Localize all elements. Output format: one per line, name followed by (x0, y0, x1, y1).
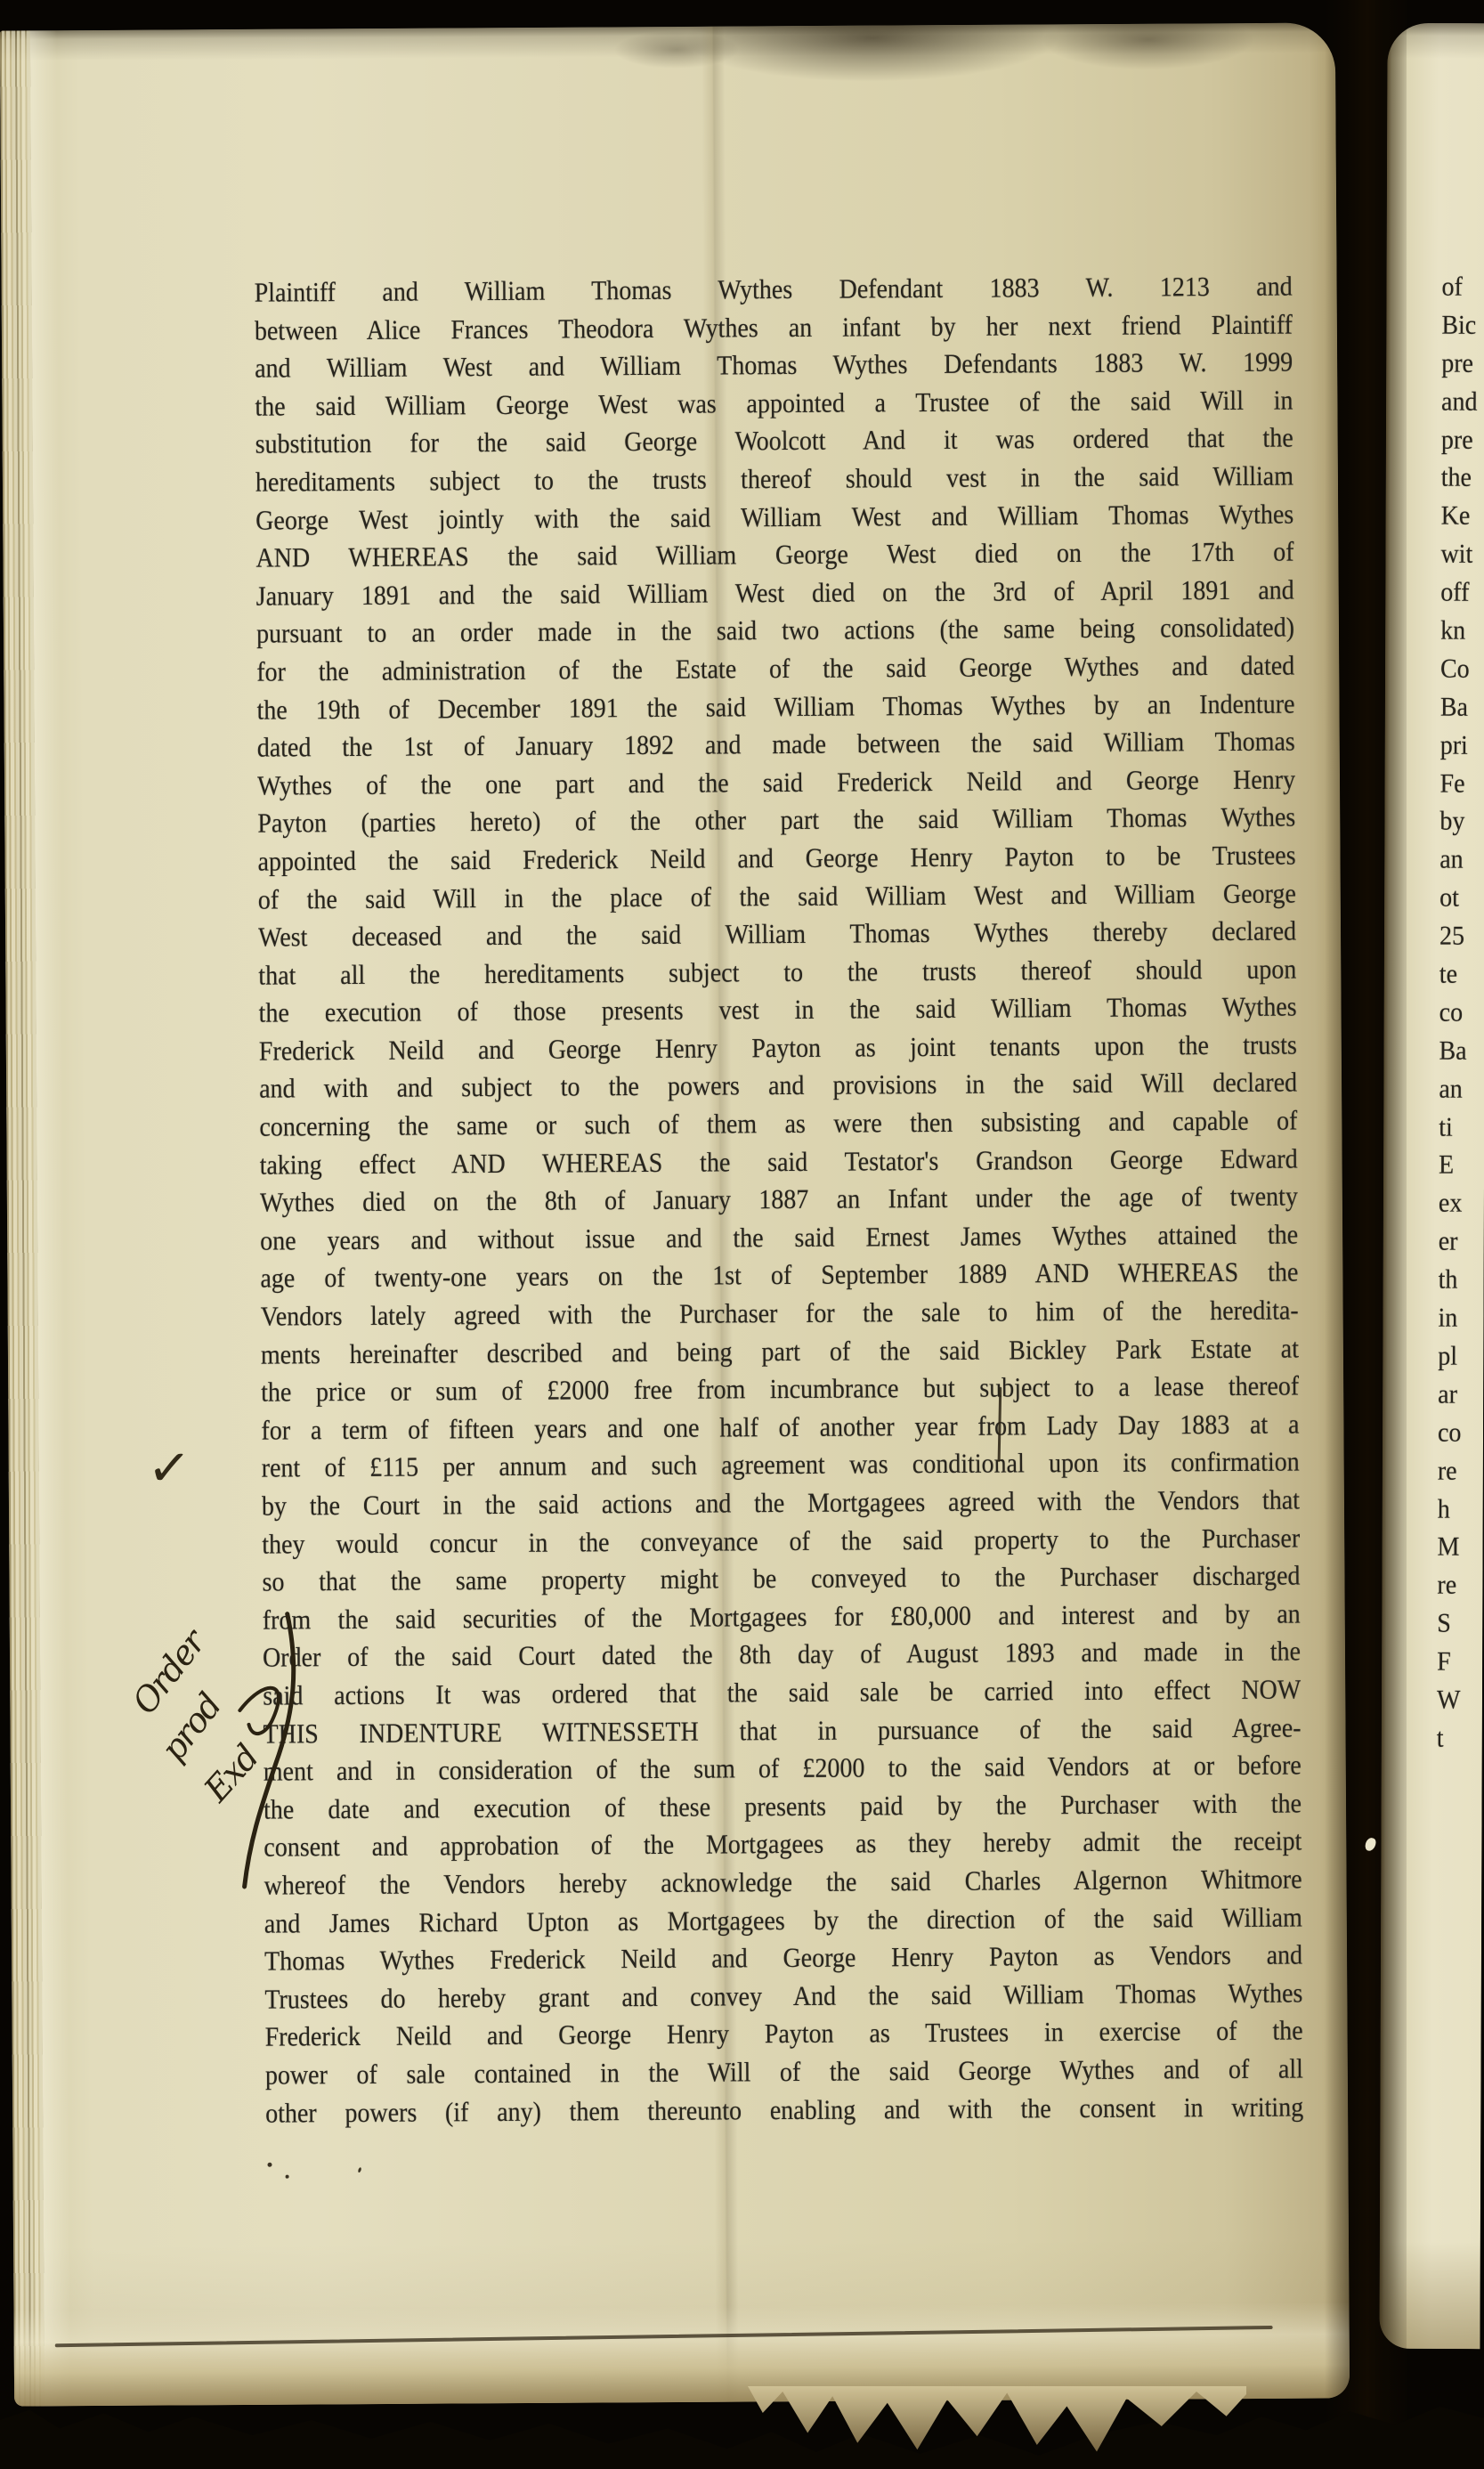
document-line-fragment: of (1441, 267, 1478, 308)
margin-checkmark: ✓ (146, 1441, 192, 1495)
document-line-fragment: re (1437, 1566, 1473, 1607)
document-line-fragment: Ba (1440, 687, 1477, 728)
document-line-fragment: M (1437, 1528, 1473, 1569)
handwriting-flourish (213, 1603, 321, 1897)
ink-speck (267, 2163, 272, 2167)
ink-speck (286, 2175, 289, 2179)
document-line-fragment: by (1439, 802, 1476, 843)
adjacent-page-text: ofBicpreandpretheKewitoffknCoBapriFebyan… (1437, 269, 1478, 1758)
adjacent-page: ofBicpreandpretheKewitoffknCoBapriFebyan… (1379, 23, 1484, 2349)
document-line-fragment: ar (1438, 1375, 1474, 1416)
document-line-fragment: off (1440, 573, 1477, 613)
document-line-fragment: ot (1439, 879, 1476, 920)
document-line-fragment: 25 (1439, 916, 1476, 957)
document-line-fragment: t (1437, 1718, 1473, 1759)
document-line-fragment: co (1438, 1413, 1474, 1454)
document-line-fragment: an (1439, 1069, 1475, 1110)
deed-text-block: Plaintiff and William Thomas Wythes Defe… (255, 269, 1304, 2133)
document-line-fragment: co (1439, 993, 1476, 1034)
document-line-fragment: S (1437, 1604, 1473, 1645)
document-line-fragment: Ke (1441, 497, 1478, 538)
document-line-fragment: pri (1440, 726, 1477, 767)
document-line-fragment: ti (1439, 1108, 1475, 1149)
left-page: Plaintiff and William Thomas Wythes Defe… (0, 22, 1350, 2406)
document-line-fragment: re (1438, 1451, 1474, 1492)
paper-speck (1364, 1837, 1377, 1852)
document-line-fragment: er (1439, 1222, 1475, 1263)
document-line-fragment: Fe (1439, 764, 1476, 805)
document-line-fragment: pl (1438, 1336, 1474, 1377)
ink-speck (358, 2167, 362, 2173)
document-line-fragment: pre (1441, 420, 1478, 461)
document-line-fragment: Bic (1441, 305, 1478, 346)
document-line-fragment: kn (1440, 611, 1477, 652)
document-line-fragment: Ba (1439, 1031, 1475, 1072)
document-line-fragment: and (1441, 382, 1478, 423)
document-line-fragment: the (1441, 459, 1478, 499)
document-line-fragment: th (1439, 1260, 1475, 1301)
document-line-fragment: W (1437, 1680, 1473, 1721)
document-line-fragment: F (1437, 1642, 1473, 1683)
document-line-fragment: an (1439, 841, 1476, 881)
document-line-fragment: E (1439, 1146, 1475, 1187)
document-line-fragment: pre (1441, 344, 1478, 385)
document-line-fragment: wit (1440, 535, 1477, 576)
document-line: other powers (if any) them thereunto ena… (265, 2087, 1303, 2135)
document-line-fragment: Co (1440, 649, 1477, 690)
document-line-fragment: in (1438, 1298, 1474, 1339)
document-line-fragment: te (1439, 954, 1476, 995)
document-line-fragment: h (1438, 1490, 1474, 1531)
document-line-fragment: ex (1439, 1184, 1475, 1225)
book-photograph: Plaintiff and William Thomas Wythes Defe… (0, 0, 1484, 2469)
